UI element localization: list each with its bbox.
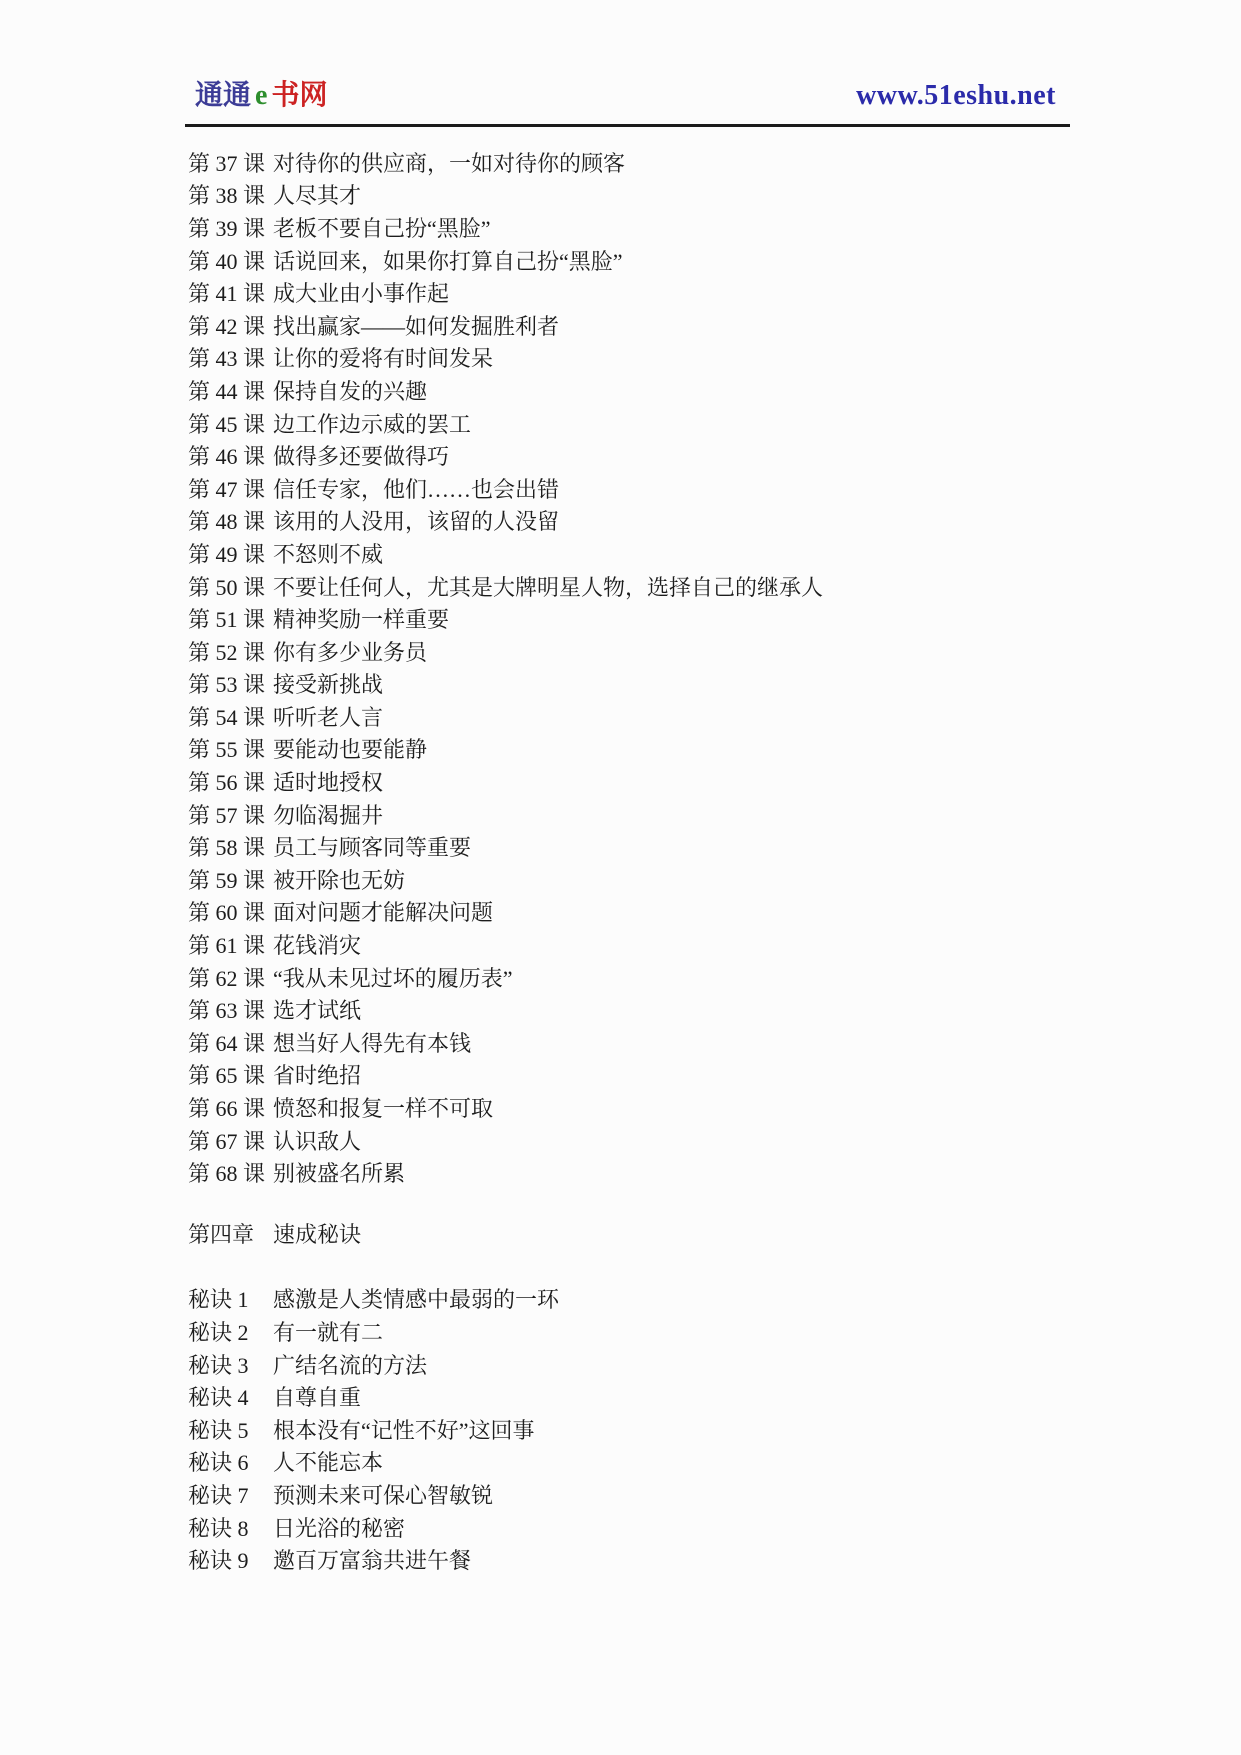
toc-row: 第 52 课 你有多少业务员 bbox=[188, 635, 1241, 668]
toc-row: 第 57 课 勿临渴掘井 bbox=[188, 798, 1241, 831]
toc-row-title: 找出赢家——如何发掘胜利者 bbox=[273, 310, 559, 341]
toc-row-label: 第 54 课 bbox=[188, 701, 273, 732]
toc-row-label: 第 64 课 bbox=[188, 1027, 273, 1058]
toc-row-title: 让你的爱将有时间发呆 bbox=[273, 342, 493, 373]
toc-row: 第 55 课 要能动也要能静 bbox=[188, 733, 1241, 766]
toc-row: 第 67 课 认识敌人 bbox=[188, 1124, 1241, 1157]
toc-row: 第 63 课 选才试纸 bbox=[188, 993, 1241, 1026]
toc-row: 第 61 课 花钱消灾 bbox=[188, 928, 1241, 961]
toc-row-title: 该用的人没用，该留的人没留 bbox=[273, 505, 559, 536]
toc-row: 秘诀 8 日光浴的秘密 bbox=[188, 1511, 1241, 1544]
toc-row: 秘诀 2 有一就有二 bbox=[188, 1315, 1241, 1348]
toc-row-label: 第 43 课 bbox=[188, 342, 273, 373]
toc-row-title: 保持自发的兴趣 bbox=[273, 375, 427, 406]
toc-row-label: 第 42 课 bbox=[188, 310, 273, 341]
toc-row-title: 人尽其才 bbox=[273, 179, 361, 210]
toc-row-label: 第 63 课 bbox=[188, 994, 273, 1025]
toc-row-label: 秘诀 8 bbox=[188, 1512, 273, 1543]
toc-row-title: 不怒则不威 bbox=[273, 538, 383, 569]
toc-row: 秘诀 4 自尊自重 bbox=[188, 1380, 1241, 1413]
chapter-heading: 第四章 速成秘诀 bbox=[188, 1217, 1241, 1250]
chapter-title: 速成秘诀 bbox=[273, 1218, 361, 1249]
toc-row-label: 第 41 课 bbox=[188, 277, 273, 308]
toc-row-title: 勿临渴掘井 bbox=[273, 799, 383, 830]
toc-row: 第 56 课 适时地授权 bbox=[188, 765, 1241, 798]
toc-row-label: 第 48 课 bbox=[188, 505, 273, 536]
toc-row-label: 秘诀 2 bbox=[188, 1316, 273, 1347]
toc-row-label: 第 50 课 bbox=[188, 571, 273, 602]
toc-row: 第 65 课 省时绝招 bbox=[188, 1059, 1241, 1092]
toc-row: 第 42 课 找出赢家——如何发掘胜利者 bbox=[188, 309, 1241, 342]
toc-row-label: 第 46 课 bbox=[188, 440, 273, 471]
toc-row-label: 第 57 课 bbox=[188, 799, 273, 830]
toc-row: 第 51 课 精神奖励一样重要 bbox=[188, 602, 1241, 635]
toc-row: 第 41 课 成大业由小事作起 bbox=[188, 276, 1241, 309]
toc-row-label: 秘诀 7 bbox=[188, 1479, 273, 1510]
toc-row-title: 员工与顾客同等重要 bbox=[273, 831, 471, 862]
toc-row-label: 第 51 课 bbox=[188, 603, 273, 634]
toc-row-title: 做得多还要做得巧 bbox=[273, 440, 449, 471]
toc-row-label: 第 39 课 bbox=[188, 212, 273, 243]
toc-row-title: 话说回来，如果你打算自己扮“黑脸” bbox=[273, 245, 623, 276]
toc-row-label: 秘诀 6 bbox=[188, 1446, 273, 1477]
toc-row-label: 第 37 课 bbox=[188, 147, 273, 178]
toc-row: 秘诀 3 广结名流的方法 bbox=[188, 1348, 1241, 1381]
toc-row-label: 秘诀 9 bbox=[188, 1544, 273, 1575]
toc-row-label: 秘诀 5 bbox=[188, 1414, 273, 1445]
toc-row: 第 66 课 愤怒和报复一样不可取 bbox=[188, 1091, 1241, 1124]
toc-row: 秘诀 5 根本没有“记性不好”这回事 bbox=[188, 1413, 1241, 1446]
toc-row-label: 第 55 课 bbox=[188, 733, 273, 764]
toc-row: 秘诀 1 感激是人类情感中最弱的一环 bbox=[188, 1283, 1241, 1316]
logo-text-blue: 通通 bbox=[195, 80, 251, 111]
toc-row-title: 接受新挑战 bbox=[273, 668, 383, 699]
toc-row-title: 老板不要自己扮“黑脸” bbox=[273, 212, 491, 243]
toc-row-label: 第 53 课 bbox=[188, 668, 273, 699]
toc-row: 秘诀 7 预测未来可保心智敏锐 bbox=[188, 1478, 1241, 1511]
toc-row-title: 省时绝招 bbox=[273, 1059, 361, 1090]
chapter-label: 第四章 bbox=[188, 1218, 273, 1249]
toc-row-label: 第 58 课 bbox=[188, 831, 273, 862]
toc-row: 秘诀 9 邀百万富翁共进午餐 bbox=[188, 1543, 1241, 1576]
table-of-contents: 第 37 课 对待你的供应商，一如对待你的顾客 第 38 课 人尽其才 第 39… bbox=[188, 146, 1241, 1576]
toc-row: 第 47 课 信任专家，他们……也会出错 bbox=[188, 472, 1241, 505]
document-page: 通通e书网 www.51eshu.net 第 37 课 对待你的供应商，一如对待… bbox=[0, 0, 1241, 1755]
toc-row-title: 你有多少业务员 bbox=[273, 636, 427, 667]
toc-row-title: 愤怒和报复一样不可取 bbox=[273, 1092, 493, 1123]
toc-row-title: “我从未见过坏的履历表” bbox=[273, 962, 513, 993]
secret-list: 秘诀 1 感激是人类情感中最弱的一环 秘诀 2 有一就有二 秘诀 3 广结名流的… bbox=[188, 1283, 1241, 1576]
toc-row-title: 有一就有二 bbox=[273, 1316, 383, 1347]
toc-row: 第 60 课 面对问题才能解决问题 bbox=[188, 896, 1241, 929]
toc-row: 第 58 课 员工与顾客同等重要 bbox=[188, 830, 1241, 863]
toc-row-label: 第 62 课 bbox=[188, 962, 273, 993]
toc-row-label: 第 47 课 bbox=[188, 473, 273, 504]
toc-row: 第 54 课 听听老人言 bbox=[188, 700, 1241, 733]
toc-row-title: 自尊自重 bbox=[273, 1381, 361, 1412]
toc-row-label: 秘诀 4 bbox=[188, 1381, 273, 1412]
toc-row: 第 62 课 “我从未见过坏的履历表” bbox=[188, 961, 1241, 994]
toc-row-title: 被开除也无妨 bbox=[273, 864, 405, 895]
toc-row-title: 选才试纸 bbox=[273, 994, 361, 1025]
toc-row-label: 第 45 课 bbox=[188, 408, 273, 439]
toc-row: 第 64 课 想当好人得先有本钱 bbox=[188, 1026, 1241, 1059]
toc-row-label: 第 61 课 bbox=[188, 929, 273, 960]
logo-text-red: 书网 bbox=[271, 80, 327, 111]
toc-row: 第 45 课 边工作边示威的罢工 bbox=[188, 407, 1241, 440]
toc-row-title: 对待你的供应商，一如对待你的顾客 bbox=[273, 147, 625, 178]
toc-row-title: 邀百万富翁共进午餐 bbox=[273, 1544, 471, 1575]
toc-row: 第 40 课 话说回来，如果你打算自己扮“黑脸” bbox=[188, 244, 1241, 277]
toc-row: 第 48 课 该用的人没用，该留的人没留 bbox=[188, 505, 1241, 538]
toc-row-title: 人不能忘本 bbox=[273, 1446, 383, 1477]
toc-row: 第 44 课 保持自发的兴趣 bbox=[188, 374, 1241, 407]
toc-row-label: 第 60 课 bbox=[188, 896, 273, 927]
toc-row-label: 第 40 课 bbox=[188, 245, 273, 276]
toc-row: 第 39 课 老板不要自己扮“黑脸” bbox=[188, 211, 1241, 244]
toc-row-label: 第 44 课 bbox=[188, 375, 273, 406]
toc-row-label: 第 52 课 bbox=[188, 636, 273, 667]
toc-row-title: 根本没有“记性不好”这回事 bbox=[273, 1414, 535, 1445]
toc-row-title: 不要让任何人，尤其是大牌明星人物，选择自己的继承人 bbox=[273, 571, 823, 602]
toc-row-label: 第 59 课 bbox=[188, 864, 273, 895]
toc-row-title: 听听老人言 bbox=[273, 701, 383, 732]
toc-row: 第 49 课 不怒则不威 bbox=[188, 537, 1241, 570]
toc-row-label: 第 66 课 bbox=[188, 1092, 273, 1123]
toc-row-title: 预测未来可保心智敏锐 bbox=[273, 1479, 493, 1510]
page-header: 通通e书网 www.51eshu.net bbox=[185, 80, 1070, 127]
toc-row: 第 50 课 不要让任何人，尤其是大牌明星人物，选择自己的继承人 bbox=[188, 570, 1241, 603]
toc-row-title: 面对问题才能解决问题 bbox=[273, 896, 493, 927]
toc-row-title: 感激是人类情感中最弱的一环 bbox=[273, 1283, 559, 1314]
toc-row-label: 第 68 课 bbox=[188, 1157, 273, 1188]
toc-row-label: 第 56 课 bbox=[188, 766, 273, 797]
logo-text-green: e bbox=[251, 80, 271, 111]
toc-row-label: 秘诀 1 bbox=[188, 1283, 273, 1314]
toc-row-label: 第 67 课 bbox=[188, 1125, 273, 1156]
toc-row-title: 日光浴的秘密 bbox=[273, 1512, 405, 1543]
toc-row: 第 38 课 人尽其才 bbox=[188, 179, 1241, 212]
toc-row-title: 成大业由小事作起 bbox=[273, 277, 449, 308]
toc-row-title: 精神奖励一样重要 bbox=[273, 603, 449, 634]
toc-row: 秘诀 6 人不能忘本 bbox=[188, 1446, 1241, 1479]
toc-row: 第 59 课 被开除也无妨 bbox=[188, 863, 1241, 896]
toc-row-title: 想当好人得先有本钱 bbox=[273, 1027, 471, 1058]
toc-row-label: 第 65 课 bbox=[188, 1059, 273, 1090]
toc-row-title: 信任专家，他们……也会出错 bbox=[273, 473, 559, 504]
toc-row-title: 要能动也要能静 bbox=[273, 733, 427, 764]
toc-row-title: 适时地授权 bbox=[273, 766, 383, 797]
lesson-list: 第 37 课 对待你的供应商，一如对待你的顾客 第 38 课 人尽其才 第 39… bbox=[188, 146, 1241, 1189]
toc-row-title: 广结名流的方法 bbox=[273, 1349, 427, 1380]
toc-row-title: 认识敌人 bbox=[273, 1125, 361, 1156]
toc-row: 第 37 课 对待你的供应商，一如对待你的顾客 bbox=[188, 146, 1241, 179]
toc-row-title: 边工作边示威的罢工 bbox=[273, 408, 471, 439]
toc-row: 第 68 课 别被盛名所累 bbox=[188, 1156, 1241, 1189]
toc-row-label: 第 49 课 bbox=[188, 538, 273, 569]
toc-row: 第 46 课 做得多还要做得巧 bbox=[188, 439, 1241, 472]
toc-row-label: 秘诀 3 bbox=[188, 1349, 273, 1380]
site-url-link[interactable]: www.51eshu.net bbox=[856, 80, 1056, 111]
toc-row-label: 第 38 课 bbox=[188, 179, 273, 210]
toc-row-title: 花钱消灾 bbox=[273, 929, 361, 960]
toc-row: 第 53 课 接受新挑战 bbox=[188, 668, 1241, 701]
site-logo: 通通e书网 bbox=[195, 80, 327, 111]
toc-row: 第 43 课 让你的爱将有时间发呆 bbox=[188, 342, 1241, 375]
toc-row-title: 别被盛名所累 bbox=[273, 1157, 405, 1188]
